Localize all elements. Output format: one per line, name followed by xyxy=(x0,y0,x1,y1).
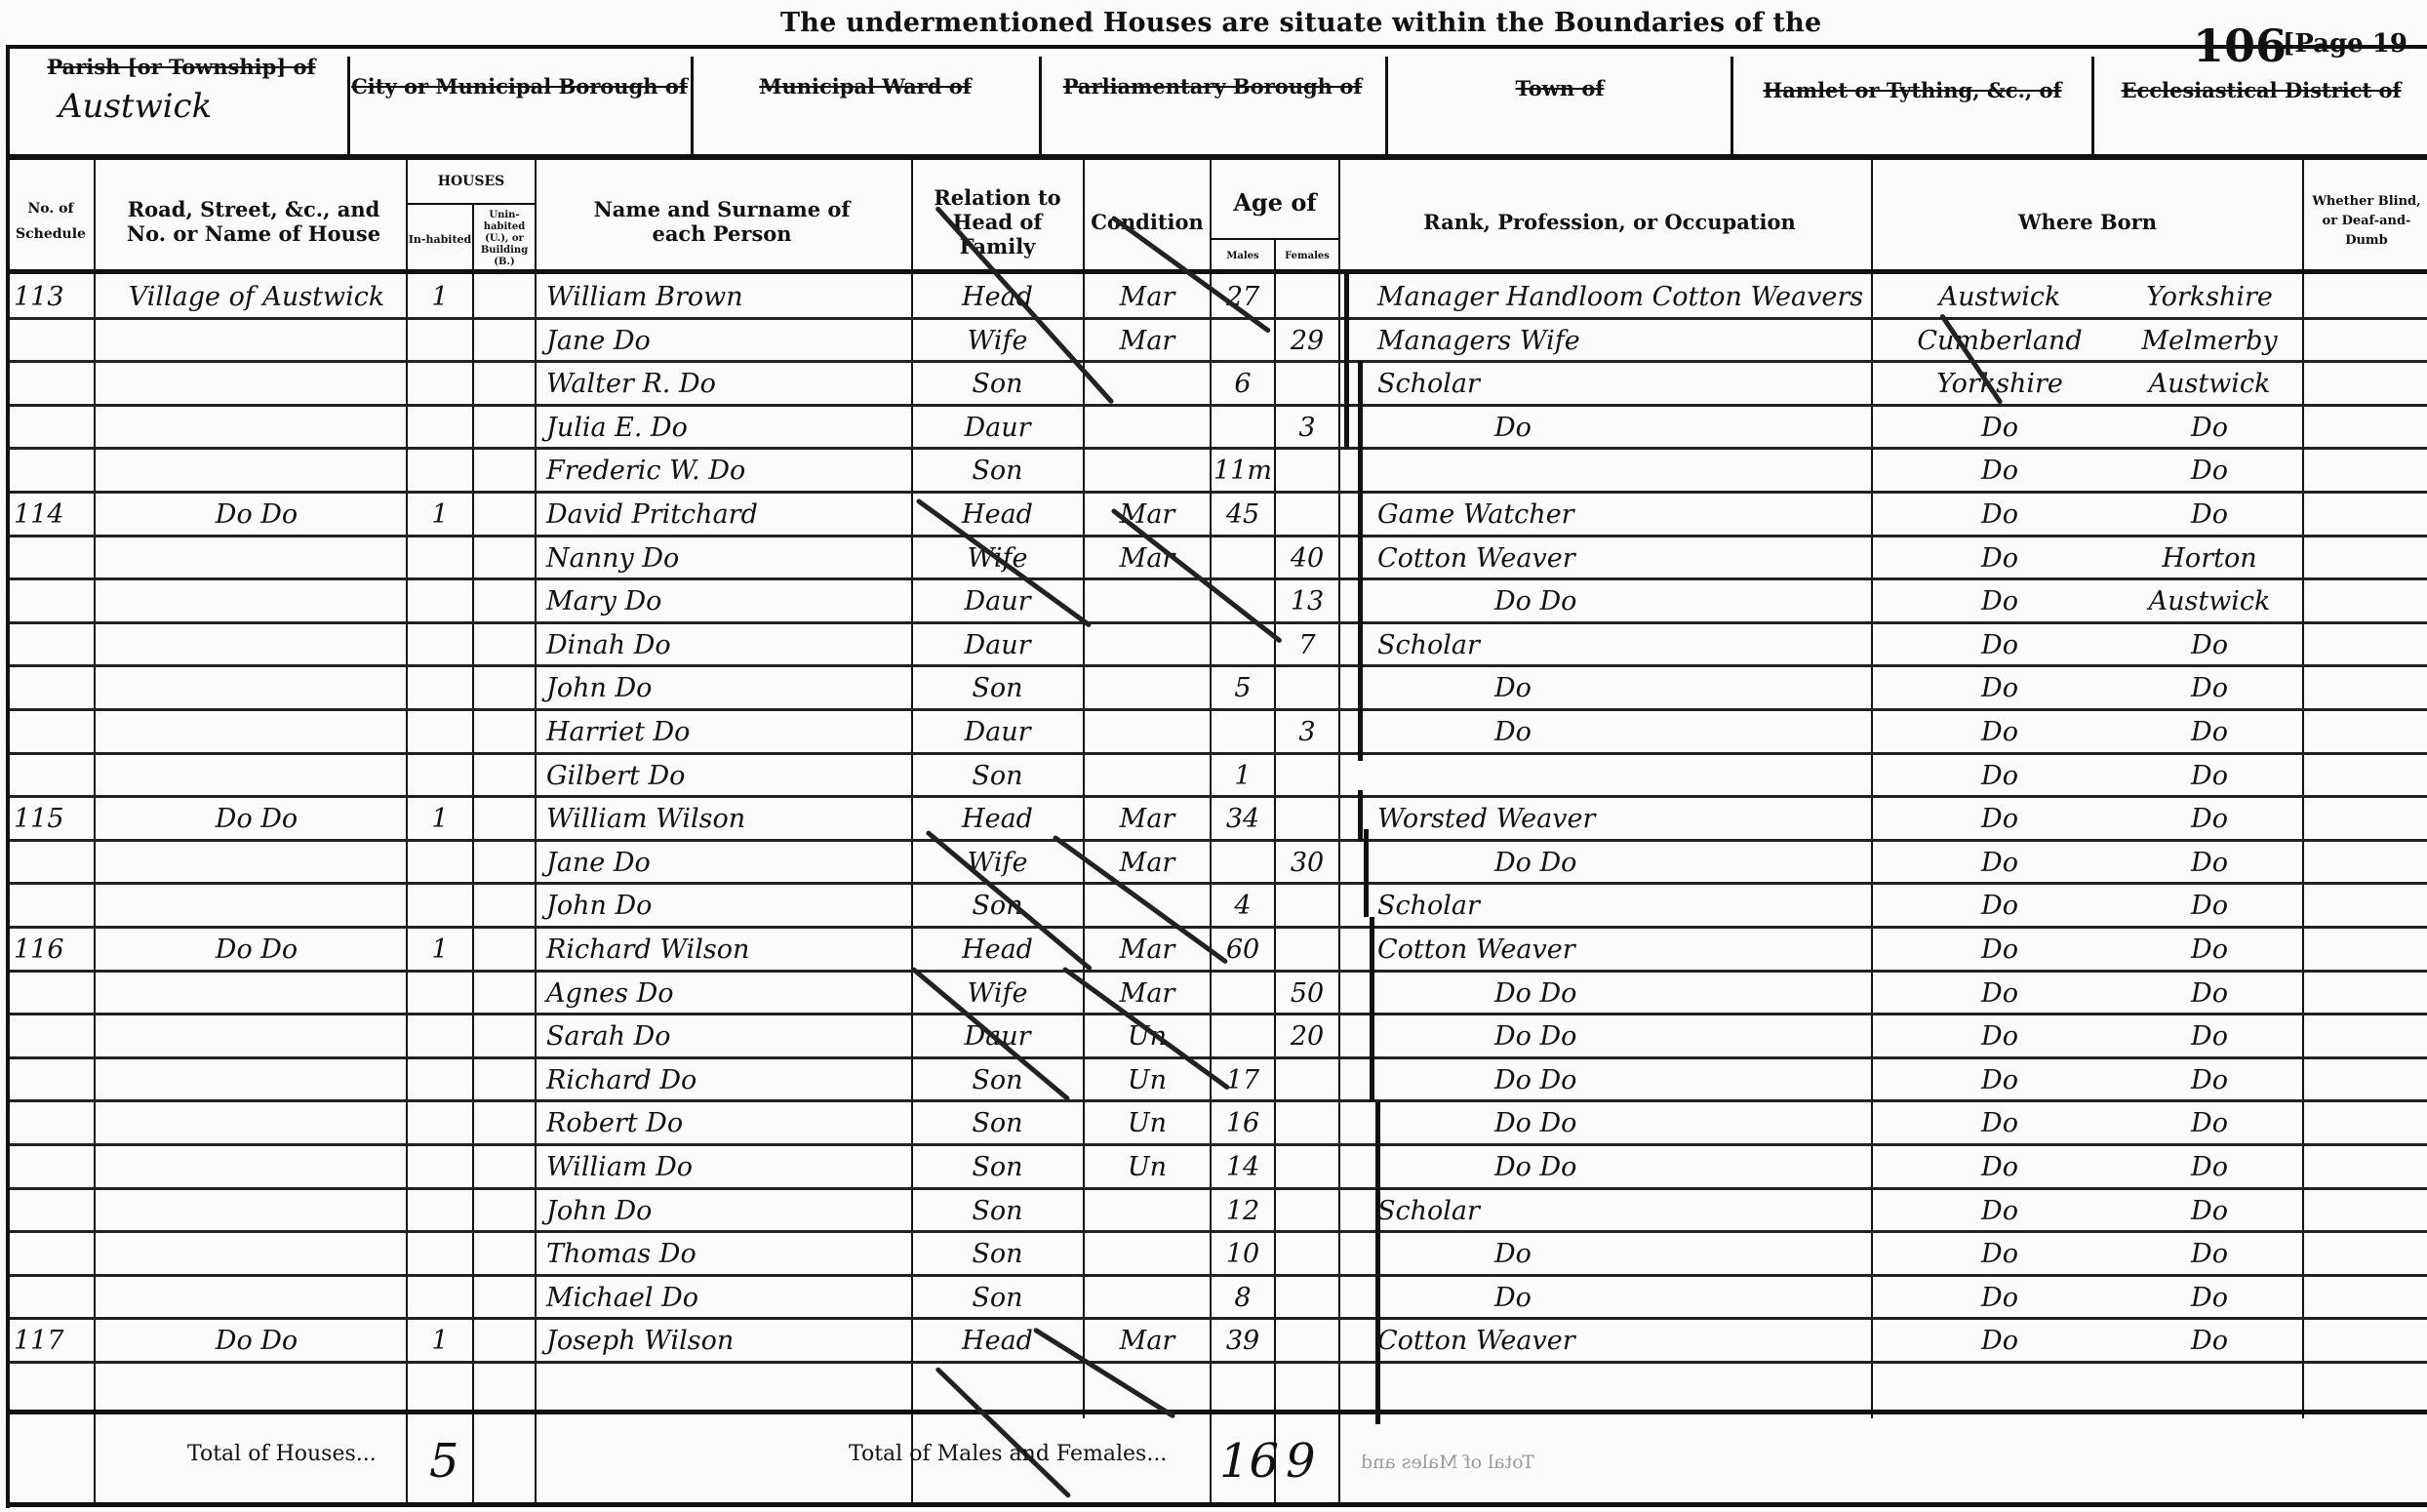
age-male xyxy=(1212,972,1274,1015)
occupation: Do Do xyxy=(1377,579,1865,622)
district-parliamentary: Parliamentary Borough of xyxy=(1042,55,1383,160)
schedule-number xyxy=(14,754,92,797)
road-name xyxy=(107,884,406,927)
born-county: Do xyxy=(1883,754,2117,797)
person-name: John Do xyxy=(546,666,907,709)
road-name xyxy=(107,406,406,449)
marital-condition: Un xyxy=(1085,1015,1210,1057)
col-where-born: Where Born xyxy=(1883,168,2292,275)
person-name: Robert Do xyxy=(546,1101,907,1144)
schedule-number xyxy=(14,406,92,449)
inhabited-count: 1 xyxy=(408,493,472,536)
age-subrule xyxy=(1212,238,1338,240)
occupation: Do Do xyxy=(1377,1101,1865,1144)
schedule-number xyxy=(14,841,92,884)
born-place: Do xyxy=(2117,1276,2302,1319)
person-name: William Brown xyxy=(546,275,907,318)
road-name xyxy=(107,449,406,492)
person-name: Joseph Wilson xyxy=(546,1319,907,1362)
district-divider xyxy=(2091,57,2094,154)
marital-condition: Mar xyxy=(1085,841,1210,884)
born-county: Do xyxy=(1883,928,2117,971)
born-place: Do xyxy=(2117,1015,2302,1057)
occupation: Worsted Weaver xyxy=(1377,797,1865,840)
age-male xyxy=(1212,406,1274,449)
col-relation: Relation to Head of Family xyxy=(917,168,1078,275)
col-houses: HOUSES xyxy=(408,162,535,201)
occupation: Scholar xyxy=(1377,623,1865,666)
road-name xyxy=(107,362,406,405)
born-place: Austwick xyxy=(2117,362,2302,405)
person-name: Jane Do xyxy=(546,319,907,362)
col-males: Males xyxy=(1212,242,1274,269)
born-place: Do xyxy=(2117,710,2302,753)
age-female: 13 xyxy=(1276,579,1338,622)
occupation xyxy=(1377,754,1865,797)
born-place: Do xyxy=(2117,1101,2302,1144)
district-label: Municipal Ward of xyxy=(695,74,1036,99)
age-male: 4 xyxy=(1212,884,1274,927)
age-female: 50 xyxy=(1276,972,1338,1015)
age-female xyxy=(1276,884,1338,927)
census-page: The undermentioned Houses are situate wi… xyxy=(0,0,2427,1512)
born-place: Do xyxy=(2117,928,2302,971)
age-female xyxy=(1276,797,1338,840)
age-female xyxy=(1276,1276,1338,1319)
person-name: Frederic W. Do xyxy=(546,449,907,492)
age-female xyxy=(1276,754,1338,797)
occupation: Manager Handloom Cotton Weavers xyxy=(1377,275,1865,318)
marital-condition: Un xyxy=(1085,1145,1210,1188)
born-county: Do xyxy=(1883,1189,2117,1232)
person-name: Jane Do xyxy=(546,841,907,884)
person-name: William Wilson xyxy=(546,797,907,840)
marital-condition: Mar xyxy=(1085,319,1210,362)
total-houses-value: 5 xyxy=(429,1434,459,1489)
schedule-number: 117 xyxy=(14,1319,92,1362)
occupation: Cotton Weaver xyxy=(1377,537,1865,579)
relation-to-head: Head xyxy=(917,797,1078,840)
page-title: The undermentioned Houses are situate wi… xyxy=(780,8,1821,38)
col-inhabited: In-habited xyxy=(408,207,472,271)
marital-condition: Un xyxy=(1085,1058,1210,1101)
marital-condition: Mar xyxy=(1085,972,1210,1015)
schedule-number: 116 xyxy=(14,928,92,971)
inhabited-count xyxy=(408,623,472,666)
born-place: Do xyxy=(2117,406,2302,449)
person-name: William Do xyxy=(546,1145,907,1188)
schedule-number xyxy=(14,1145,92,1188)
born-county: Austwick xyxy=(1883,275,2117,318)
relation-to-head: Son xyxy=(917,1232,1078,1275)
relation-to-head: Daur xyxy=(917,406,1078,449)
road-name xyxy=(107,710,406,753)
occupation: Scholar xyxy=(1377,362,1865,405)
born-place: Do xyxy=(2117,884,2302,927)
occupation xyxy=(1377,449,1865,492)
born-county: Do xyxy=(1883,1319,2117,1362)
relation-to-head: Son xyxy=(917,1058,1078,1101)
age-female xyxy=(1276,1058,1338,1101)
person-name: Michael Do xyxy=(546,1276,907,1319)
schedule-number xyxy=(14,1015,92,1057)
born-place: Do xyxy=(2117,1058,2302,1101)
born-place: Do xyxy=(2117,797,2302,840)
road-name: Do Do xyxy=(107,1319,406,1362)
road-name: Do Do xyxy=(107,797,406,840)
born-county: Do xyxy=(1883,1058,2117,1101)
occupation: Do xyxy=(1377,710,1865,753)
inhabited-count xyxy=(408,1276,472,1319)
district-label: Ecclesiastical District of xyxy=(2095,78,2427,102)
col-divider xyxy=(472,205,474,1506)
inhabited-count xyxy=(408,579,472,622)
born-county: Do xyxy=(1883,710,2117,753)
occupation: Do xyxy=(1377,666,1865,709)
born-place: Do xyxy=(2117,841,2302,884)
relation-to-head: Daur xyxy=(917,710,1078,753)
road-name xyxy=(107,1058,406,1101)
born-place: Do xyxy=(2117,493,2302,536)
inhabited-count xyxy=(408,319,472,362)
schedule-number xyxy=(14,1276,92,1319)
born-place: Do xyxy=(2117,623,2302,666)
occupation: Scholar xyxy=(1377,884,1865,927)
marital-condition: Mar xyxy=(1085,1319,1210,1362)
occupation: Do xyxy=(1377,406,1865,449)
total-females-value: 9 xyxy=(1286,1434,1316,1489)
occupation-bracket xyxy=(1358,361,1363,761)
inhabited-count xyxy=(408,1189,472,1232)
person-name: Walter R. Do xyxy=(546,362,907,405)
schedule-number xyxy=(14,972,92,1015)
relation-to-head: Son xyxy=(917,362,1078,405)
top-rule xyxy=(8,45,2427,49)
marital-condition: Mar xyxy=(1085,493,1210,536)
relation-to-head: Son xyxy=(917,449,1078,492)
occupation: Do Do xyxy=(1377,1145,1865,1188)
road-name xyxy=(107,1015,406,1057)
district-ward: Municipal Ward of xyxy=(695,55,1036,160)
born-county: Do xyxy=(1883,841,2117,884)
district-label: City or Municipal Borough of xyxy=(351,74,688,99)
col-occupation: Rank, Profession, or Occupation xyxy=(1366,168,1853,275)
marital-condition xyxy=(1085,710,1210,753)
schedule-number xyxy=(14,710,92,753)
inhabited-count xyxy=(408,406,472,449)
person-name: Julia E. Do xyxy=(546,406,907,449)
district-divider xyxy=(1385,57,1388,154)
inhabited-count xyxy=(408,537,472,579)
relation-to-head: Son xyxy=(917,666,1078,709)
inhabited-count xyxy=(408,1145,472,1188)
inhabited-count: 1 xyxy=(408,797,472,840)
marital-condition xyxy=(1085,362,1210,405)
marital-condition xyxy=(1085,579,1210,622)
occupation: Do Do xyxy=(1377,1058,1865,1101)
age-female xyxy=(1276,1319,1338,1362)
marital-condition xyxy=(1085,1189,1210,1232)
district-divider xyxy=(347,57,350,154)
schedule-number xyxy=(14,537,92,579)
relation-to-head: Son xyxy=(917,1145,1078,1188)
relation-to-head: Son xyxy=(917,1101,1078,1144)
age-male xyxy=(1212,710,1274,753)
occupation: Do Do xyxy=(1377,841,1865,884)
inhabited-count xyxy=(408,449,472,492)
occupation: Do xyxy=(1377,1232,1865,1275)
born-county: Do xyxy=(1883,666,2117,709)
occupation-bracket xyxy=(1358,790,1363,841)
occupation: Do Do xyxy=(1377,972,1865,1015)
age-male xyxy=(1212,579,1274,622)
age-male: 5 xyxy=(1212,666,1274,709)
person-name: Mary Do xyxy=(546,579,907,622)
age-male: 6 xyxy=(1212,362,1274,405)
born-place: Do xyxy=(2117,754,2302,797)
road-name xyxy=(107,754,406,797)
age-male: 16 xyxy=(1212,1101,1274,1144)
age-male xyxy=(1212,1015,1274,1057)
district-divider xyxy=(691,57,694,154)
age-female xyxy=(1276,449,1338,492)
total-houses-label: Total of Houses... xyxy=(187,1442,377,1466)
marital-condition xyxy=(1085,1232,1210,1275)
age-female: 7 xyxy=(1276,623,1338,666)
born-county: Cumberland xyxy=(1883,319,2117,362)
born-county: Do xyxy=(1883,1276,2117,1319)
born-county: Do xyxy=(1883,579,2117,622)
col-schedule: No. of Schedule xyxy=(8,168,94,275)
age-male: 45 xyxy=(1212,493,1274,536)
district-label: Parliamentary Borough of xyxy=(1042,74,1383,99)
born-county: Do xyxy=(1883,493,2117,536)
age-female: 30 xyxy=(1276,841,1338,884)
person-name: Richard Wilson xyxy=(546,928,907,971)
inhabited-count xyxy=(408,754,472,797)
occupation: Do xyxy=(1377,1276,1865,1319)
age-male: 1 xyxy=(1212,754,1274,797)
person-name: Dinah Do xyxy=(546,623,907,666)
inhabited-count xyxy=(408,841,472,884)
inhabited-count xyxy=(408,362,472,405)
schedule-number xyxy=(14,1232,92,1275)
inhabited-count xyxy=(408,972,472,1015)
age-male: 14 xyxy=(1212,1145,1274,1188)
marital-condition xyxy=(1085,406,1210,449)
relation-to-head: Son xyxy=(917,754,1078,797)
road-name xyxy=(107,1101,406,1144)
col-condition: Condition xyxy=(1085,168,1210,275)
person-name: Agnes Do xyxy=(546,972,907,1015)
total-males-value: 16 xyxy=(1219,1434,1279,1489)
born-county: Do xyxy=(1883,406,2117,449)
age-female xyxy=(1276,1232,1338,1275)
district-label: Hamlet or Tything, &c., of xyxy=(1734,78,2090,102)
born-place: Austwick xyxy=(2117,579,2302,622)
age-male: 11m xyxy=(1212,449,1274,492)
schedule-number xyxy=(14,1101,92,1144)
road-name xyxy=(107,623,406,666)
born-county: Do xyxy=(1883,1145,2117,1188)
marital-condition xyxy=(1085,1276,1210,1319)
born-county: Do xyxy=(1883,1101,2117,1144)
age-female: 3 xyxy=(1276,406,1338,449)
age-female: 29 xyxy=(1276,319,1338,362)
born-county: Do xyxy=(1883,1232,2117,1275)
age-female: 3 xyxy=(1276,710,1338,753)
person-name: David Pritchard xyxy=(546,493,907,536)
born-place: Do xyxy=(2117,1189,2302,1232)
houses-subrule xyxy=(408,203,535,205)
inhabited-count: 1 xyxy=(408,1319,472,1362)
born-county: Do xyxy=(1883,797,2117,840)
road-name xyxy=(107,1232,406,1275)
born-county: Do xyxy=(1883,884,2117,927)
road-name xyxy=(107,841,406,884)
inhabited-count xyxy=(408,1232,472,1275)
marital-condition: Un xyxy=(1085,1101,1210,1144)
district-label: Town of xyxy=(1389,76,1731,100)
total-persons-label: Total of Males and Females... xyxy=(849,1442,1167,1466)
schedule-number xyxy=(14,623,92,666)
body-end-rule xyxy=(8,1410,2427,1414)
occupation: Scholar xyxy=(1377,1189,1865,1232)
marital-condition xyxy=(1085,666,1210,709)
col-road: Road, Street, &c., and No. or Name of Ho… xyxy=(117,168,390,275)
bottom-rule xyxy=(8,1502,2427,1507)
born-place: Yorkshire xyxy=(2117,275,2302,318)
marital-condition: Mar xyxy=(1085,797,1210,840)
road-name xyxy=(107,1145,406,1188)
age-male: 12 xyxy=(1212,1189,1274,1232)
person-name: John Do xyxy=(546,884,907,927)
age-female xyxy=(1276,666,1338,709)
district-divider xyxy=(1731,57,1733,154)
schedule-number xyxy=(14,1189,92,1232)
person-name: Harriet Do xyxy=(546,710,907,753)
relation-to-head: Head xyxy=(917,275,1078,318)
born-county: Do xyxy=(1883,537,2117,579)
schedule-number xyxy=(14,884,92,927)
age-male: 39 xyxy=(1212,1319,1274,1362)
col-uninhabited: Unin-habited (U.), or Building (B.) xyxy=(474,207,535,271)
relation-to-head: Son xyxy=(917,1276,1078,1319)
age-male xyxy=(1212,841,1274,884)
age-female xyxy=(1276,275,1338,318)
person-name: Nanny Do xyxy=(546,537,907,579)
inhabited-count xyxy=(408,1058,472,1101)
born-place: Do xyxy=(2117,1232,2302,1275)
occupation: Cotton Weaver xyxy=(1377,1319,1865,1362)
schedule-number xyxy=(14,449,92,492)
age-female xyxy=(1276,1101,1338,1144)
marital-condition xyxy=(1085,754,1210,797)
schedule-number xyxy=(14,579,92,622)
born-place: Melmerby xyxy=(2117,319,2302,362)
inhabited-count xyxy=(408,666,472,709)
district-ecclesiastical: Ecclesiastical District of xyxy=(2095,55,2427,160)
occupation-bracket xyxy=(1364,829,1369,917)
inhabited-count xyxy=(408,1015,472,1057)
age-female xyxy=(1276,362,1338,405)
born-place: Do xyxy=(2117,666,2302,709)
age-male: 34 xyxy=(1212,797,1274,840)
schedule-number: 115 xyxy=(14,797,92,840)
age-female xyxy=(1276,1189,1338,1232)
col-blind: Whether Blind, or Deaf-and-Dumb xyxy=(2306,168,2427,275)
schedule-number: 114 xyxy=(14,493,92,536)
age-female xyxy=(1276,493,1338,536)
schedule-number xyxy=(14,319,92,362)
marital-condition: Mar xyxy=(1085,275,1210,318)
road-name: Do Do xyxy=(107,928,406,971)
occupation-bracket xyxy=(1375,1102,1380,1424)
born-county: Do xyxy=(1883,623,2117,666)
relation-to-head: Son xyxy=(917,1189,1078,1232)
born-county: Do xyxy=(1883,449,2117,492)
tally-stroke xyxy=(935,1367,1071,1499)
schedule-number xyxy=(14,666,92,709)
born-place: Do xyxy=(2117,972,2302,1015)
occupation: Cotton Weaver xyxy=(1377,928,1865,971)
inhabited-count xyxy=(408,884,472,927)
person-name: Thomas Do xyxy=(546,1232,907,1275)
person-name: Gilbert Do xyxy=(546,754,907,797)
schedule-number xyxy=(14,362,92,405)
occupation-bracket xyxy=(1344,273,1349,449)
road-name xyxy=(107,666,406,709)
born-place: Do xyxy=(2117,1319,2302,1362)
born-place: Do xyxy=(2117,449,2302,492)
road-name: Village of Austwick xyxy=(107,275,406,318)
schedule-number: 113 xyxy=(14,275,92,318)
born-county: Do xyxy=(1883,972,2117,1015)
district-label: Parish [or Township] of xyxy=(16,55,347,79)
relation-to-head: Daur xyxy=(917,623,1078,666)
marital-condition xyxy=(1085,623,1210,666)
age-male xyxy=(1212,537,1274,579)
road-name xyxy=(107,1276,406,1319)
col-age: Age of xyxy=(1212,166,1338,238)
person-name: John Do xyxy=(546,1189,907,1232)
age-male: 10 xyxy=(1212,1232,1274,1275)
district-hamlet: Hamlet or Tything, &c., of xyxy=(1734,55,2090,160)
col-females: Females xyxy=(1276,242,1338,269)
age-female xyxy=(1276,928,1338,971)
age-male: 8 xyxy=(1212,1276,1274,1319)
inhabited-count: 1 xyxy=(408,275,472,318)
born-place: Horton xyxy=(2117,537,2302,579)
age-female xyxy=(1276,1145,1338,1188)
district-parish: Parish [or Township] of Austwick xyxy=(16,55,347,160)
born-county: Do xyxy=(1883,1015,2117,1057)
road-name: Do Do xyxy=(107,493,406,536)
occupation: Game Watcher xyxy=(1377,493,1865,536)
age-female: 20 xyxy=(1276,1015,1338,1057)
district-town: Town of xyxy=(1389,55,1731,160)
inhabited-count xyxy=(408,1101,472,1144)
occupation: Managers Wife xyxy=(1377,319,1865,362)
district-borough: City or Municipal Borough of xyxy=(351,55,688,160)
district-value: Austwick xyxy=(16,87,347,126)
age-female: 40 xyxy=(1276,537,1338,579)
person-name: Richard Do xyxy=(546,1058,907,1101)
road-name xyxy=(107,537,406,579)
inhabited-count: 1 xyxy=(408,928,472,971)
age-male: 60 xyxy=(1212,928,1274,971)
occupation-bracket xyxy=(1370,917,1374,1102)
